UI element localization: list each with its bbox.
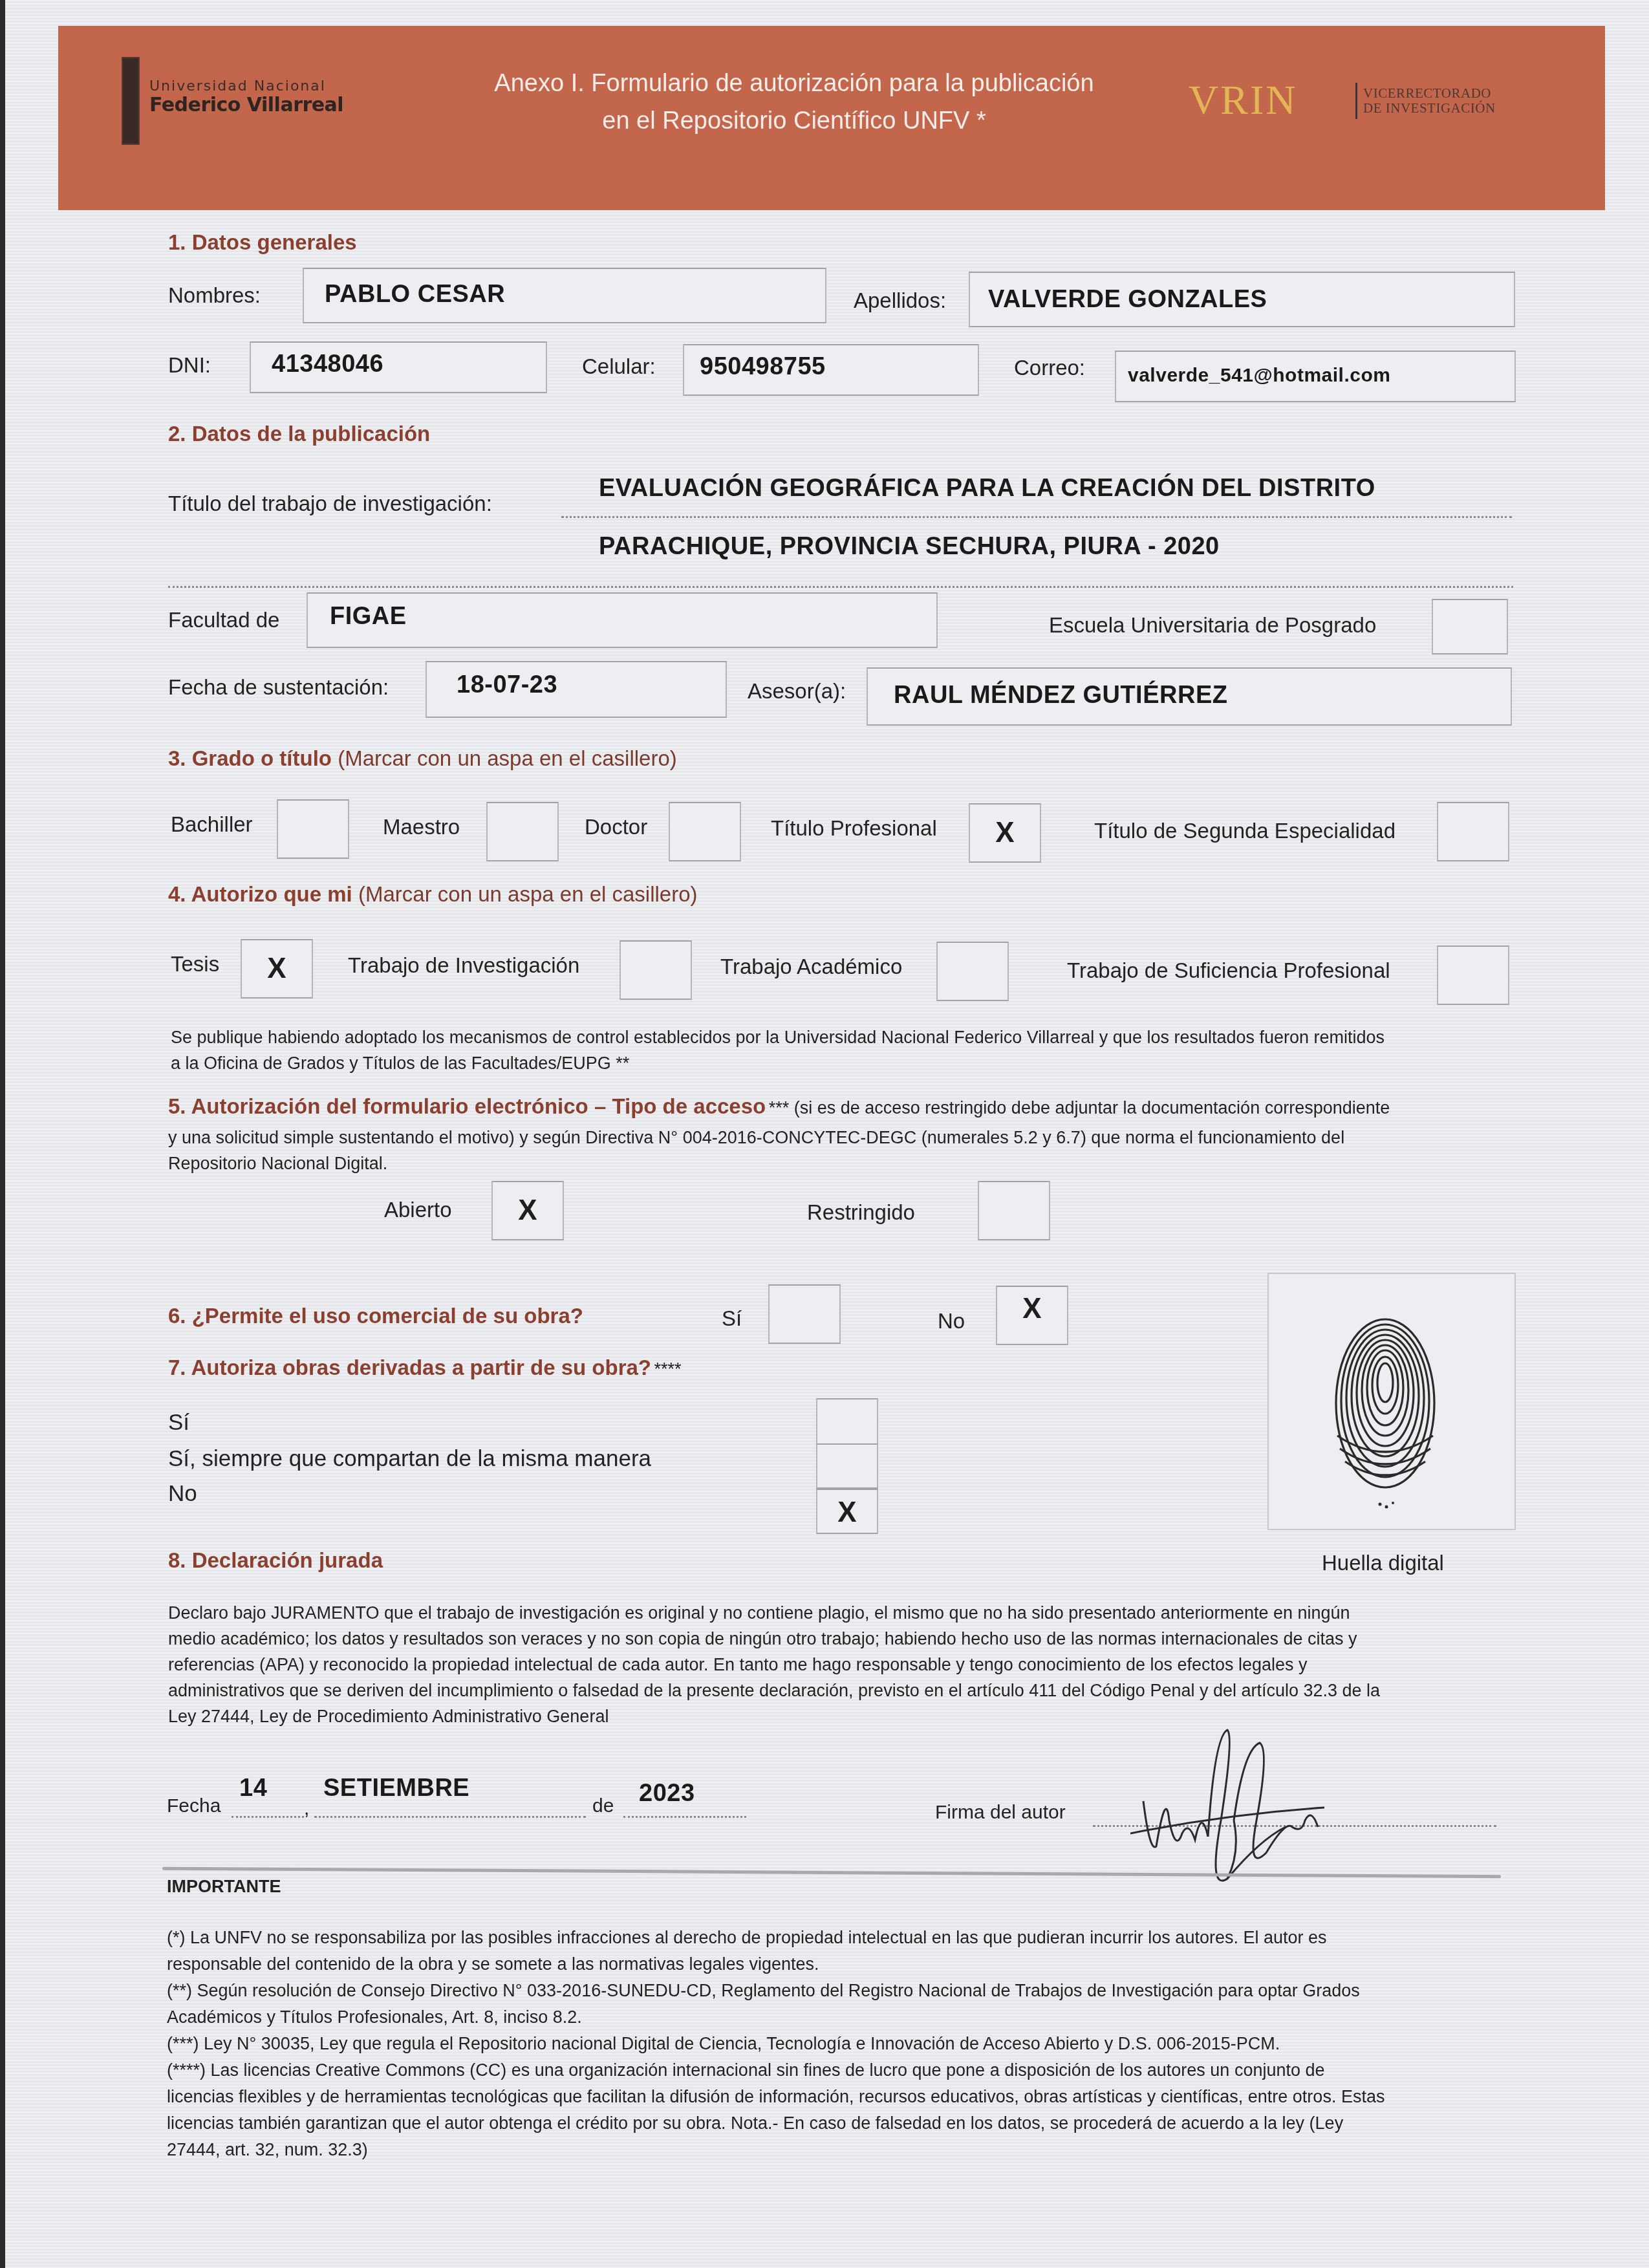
titulo-line2[interactable]: PARACHIQUE, PROVINCIA SECHURA, PIURA - 2… xyxy=(599,533,1220,561)
asesor-value: RAUL MÉNDEZ GUTIÉRREZ xyxy=(894,682,1227,709)
importante-notes: (*) La UNFV no se responsabiliza por las… xyxy=(167,1925,1531,2163)
declaracion-line: referencias (APA) y reconocido la propie… xyxy=(168,1652,1533,1678)
comercial-option-label: No xyxy=(938,1309,965,1334)
dni-field[interactable]: 41348046 xyxy=(250,341,547,393)
autorizo-option-label: Trabajo de Investigación xyxy=(348,953,579,978)
acceso-option-label: Restringido xyxy=(807,1200,915,1225)
section7-heading: 7. Autoriza obras derivadas a partir de … xyxy=(168,1355,681,1382)
grado-doctor-checkbox[interactable] xyxy=(669,802,741,861)
posgrado-checkbox[interactable] xyxy=(1432,599,1508,654)
acceso-restringido-checkbox[interactable] xyxy=(978,1181,1050,1240)
autorizo-paragraph: Se publique habiendo adoptado los mecani… xyxy=(171,1024,1529,1076)
apellidos-field[interactable]: VALVERDE GONZALES xyxy=(969,272,1515,327)
importante-line: licencias también garantizan que el auto… xyxy=(167,2110,1531,2137)
fecha-year-value[interactable]: 2023 xyxy=(639,1780,695,1808)
derivadas-no-checkbox[interactable]: X xyxy=(816,1489,878,1534)
section7-suffix: **** xyxy=(654,1359,681,1379)
section3-heading: 3. Grado o título (Marcar con un aspa en… xyxy=(168,746,677,771)
titulo-line1[interactable]: EVALUACIÓN GEOGRÁFICA PARA LA CREACIÓN D… xyxy=(599,475,1375,502)
fingerprint-box xyxy=(1267,1273,1516,1530)
section5-note-line2: y una solicitud simple sustentando el mo… xyxy=(168,1125,1533,1150)
fecha-label: Fecha xyxy=(167,1795,221,1817)
section6-heading: 6. ¿Permite el uso comercial de su obra? xyxy=(168,1304,583,1328)
section4-title: 4. Autorizo que mi xyxy=(168,882,352,906)
apellidos-value: VALVERDE GONZALES xyxy=(988,286,1267,314)
importante-line: Académicos y Títulos Profesionales, Art.… xyxy=(167,2004,1531,2031)
dni-value: 41348046 xyxy=(272,351,383,378)
declaracion-line: Declaro bajo JURAMENTO que el trabajo de… xyxy=(168,1600,1533,1626)
titulo-label: Título del trabajo de investigación: xyxy=(168,491,492,516)
fecha-month-line xyxy=(314,1816,586,1818)
fecha-day-line xyxy=(232,1816,304,1818)
autorizo-paragraph-line2: a la Oficina de Grados y Títulos de las … xyxy=(171,1050,1529,1076)
declaracion-line: administrativos que se deriven del incum… xyxy=(168,1678,1533,1703)
apellidos-label: Apellidos: xyxy=(854,288,946,313)
grado-option-label: Título Profesional xyxy=(771,816,937,841)
fingerprint-caption: Huella digital xyxy=(1322,1551,1444,1575)
asesor-label: Asesor(a): xyxy=(748,679,846,704)
section8-heading: 8. Declaración jurada xyxy=(168,1548,383,1573)
autorizo-option-label: Tesis xyxy=(171,952,219,977)
derivadas-option-label: Sí, siempre que compartan de la misma ma… xyxy=(168,1446,651,1472)
grado-bachiller-checkbox[interactable] xyxy=(277,799,349,859)
derivadas-option-label: Sí xyxy=(168,1410,189,1436)
facultad-label: Facultad de xyxy=(168,608,279,632)
derivadas-option-label: No xyxy=(168,1481,197,1507)
comercial-si-checkbox[interactable] xyxy=(768,1284,841,1344)
fecha-month-value[interactable]: SETIEMBRE xyxy=(323,1775,469,1802)
section4-note: (Marcar con un aspa en el casillero) xyxy=(358,882,698,906)
correo-label: Correo: xyxy=(1014,356,1085,380)
fecha-day-value[interactable]: 14 xyxy=(239,1775,267,1802)
celular-field[interactable]: 950498755 xyxy=(683,344,979,396)
university-emblem-icon xyxy=(122,57,140,145)
section5-note-line1: *** (si es de acceso restringido debe ad… xyxy=(769,1098,1390,1118)
dni-label: DNI: xyxy=(168,353,211,378)
section5-heading: 5. Autorización del formulario electróni… xyxy=(168,1093,1533,1176)
titulo-dotted-line1 xyxy=(561,516,1512,518)
grado-option-label: Bachiller xyxy=(171,812,253,837)
vrin-subtitle-line1: VICERRECTORADO xyxy=(1363,86,1496,101)
titulo-dotted-line2 xyxy=(168,586,1513,588)
importante-line: (***) Ley N° 30035, Ley que regula el Re… xyxy=(167,2031,1531,2057)
section1-heading: 1. Datos generales xyxy=(168,230,357,255)
section3-title: 3. Grado o título xyxy=(168,746,332,770)
fecha-year-line xyxy=(623,1816,746,1818)
celular-value: 950498755 xyxy=(700,353,826,381)
university-name-line2: Federico Villarreal xyxy=(149,94,343,116)
autorizo-suficiencia-profesional-checkbox[interactable] xyxy=(1437,945,1509,1005)
comercial-option-label: Sí xyxy=(722,1306,742,1331)
autorizo-option-label: Trabajo Académico xyxy=(720,955,902,979)
autorizo-trabajo-investigacion-checkbox[interactable] xyxy=(620,940,692,1000)
grado-option-label: Maestro xyxy=(383,815,460,839)
derivadas-si-checkbox[interactable] xyxy=(816,1398,878,1445)
autorizo-option-label: Trabajo de Suficiencia Profesional xyxy=(1067,958,1390,983)
form-title-line2: en el Repositorio Científico UNFV * xyxy=(406,102,1182,140)
vrin-subtitle-line2: DE INVESTIGACIÓN xyxy=(1363,101,1496,116)
autorizo-paragraph-line1: Se publique habiendo adoptado los mecani… xyxy=(171,1024,1529,1050)
form-title-line1: Anexo I. Formulario de autorización para… xyxy=(406,65,1182,102)
posgrado-label: Escuela Universitaria de Posgrado xyxy=(1049,613,1376,638)
grado-segunda-especialidad-checkbox[interactable] xyxy=(1437,802,1509,861)
section4-heading: 4. Autorizo que mi (Marcar con un aspa e… xyxy=(168,882,698,907)
facultad-field[interactable]: FIGAE xyxy=(307,592,938,648)
autorizo-tesis-checkbox[interactable]: X xyxy=(241,939,313,999)
fecha-sustentacion-value: 18-07-23 xyxy=(457,671,557,699)
form-page: Universidad Nacional Federico Villarreal… xyxy=(5,0,1649,2268)
importante-line: (**) Según resolución de Consejo Directi… xyxy=(167,1978,1531,2004)
fecha-sustentacion-field[interactable]: 18-07-23 xyxy=(426,661,727,718)
signature-icon xyxy=(1130,1723,1402,1885)
fingerprint-icon xyxy=(1269,1274,1517,1531)
fecha-sustentacion-label: Fecha de sustentación: xyxy=(168,675,389,700)
section5-note-line3: Repositorio Nacional Digital. xyxy=(168,1150,1533,1176)
vrin-logo: VRIN xyxy=(1189,76,1297,124)
comercial-no-checkbox[interactable]: X xyxy=(996,1286,1068,1345)
form-title: Anexo I. Formulario de autorización para… xyxy=(406,65,1182,140)
importante-line: (*) La UNFV no se responsabiliza por las… xyxy=(167,1925,1531,1951)
grado-titulo-profesional-checkbox[interactable]: X xyxy=(969,803,1041,863)
fecha-de-label: de xyxy=(592,1795,614,1817)
section3-note: (Marcar con un aspa en el casillero) xyxy=(338,746,677,770)
section5-title: 5. Autorización del formulario electróni… xyxy=(168,1094,766,1118)
acceso-option-label: Abierto xyxy=(384,1198,452,1222)
facultad-value: FIGAE xyxy=(330,603,407,631)
acceso-abierto-checkbox[interactable]: X xyxy=(491,1181,564,1240)
grado-option-label: Título de Segunda Especialidad xyxy=(1094,819,1396,843)
section2-heading: 2. Datos de la publicación xyxy=(168,422,430,446)
nombres-label: Nombres: xyxy=(168,283,261,308)
nombres-value: PABLO CESAR xyxy=(325,281,505,308)
importante-line: 27444, art. 32, num. 32.3) xyxy=(167,2137,1531,2163)
derivadas-compartir-checkbox[interactable] xyxy=(816,1443,878,1489)
celular-label: Celular: xyxy=(582,354,656,379)
nombres-field[interactable]: PABLO CESAR xyxy=(303,268,826,323)
declaracion-paragraph: Declaro bajo JURAMENTO que el trabajo de… xyxy=(168,1600,1533,1729)
firma-label: Firma del autor xyxy=(935,1802,1066,1824)
asesor-field[interactable]: RAUL MÉNDEZ GUTIÉRREZ xyxy=(867,667,1512,726)
vrin-subtitle: VICERRECTORADO DE INVESTIGACIÓN xyxy=(1363,86,1496,116)
section7-title: 7. Autoriza obras derivadas a partir de … xyxy=(168,1355,651,1379)
importante-line: licencias flexibles y de herramientas te… xyxy=(167,2084,1531,2110)
declaracion-line: medio académico; los datos y resultados … xyxy=(168,1626,1533,1652)
fecha-separator: , xyxy=(304,1798,309,1820)
vrin-divider xyxy=(1355,83,1357,119)
grado-maestro-checkbox[interactable] xyxy=(486,802,559,861)
autorizo-trabajo-academico-checkbox[interactable] xyxy=(936,942,1009,1001)
correo-value: valverde_541@hotmail.com xyxy=(1128,365,1390,387)
university-name-line1: Universidad Nacional xyxy=(149,78,326,94)
importante-line: (****) Las licencias Creative Commons (C… xyxy=(167,2057,1531,2084)
importante-heading: IMPORTANTE xyxy=(167,1877,281,1897)
grado-option-label: Doctor xyxy=(585,815,647,839)
importante-line: responsable del contenido de la obra y s… xyxy=(167,1951,1531,1978)
correo-field[interactable]: valverde_541@hotmail.com xyxy=(1115,351,1516,402)
